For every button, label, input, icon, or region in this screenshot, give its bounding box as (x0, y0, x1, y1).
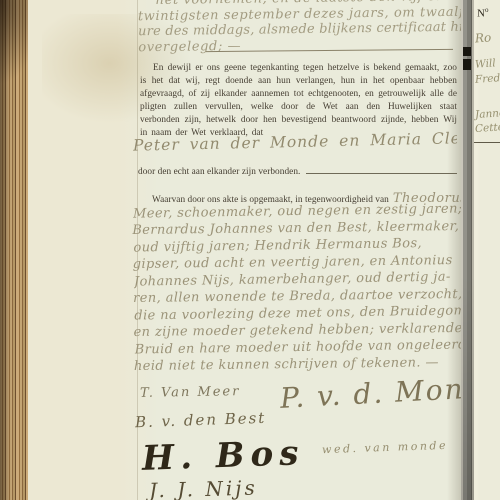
binding-gutter (461, 0, 474, 500)
binding-mark (463, 59, 471, 70)
signature-van-meer: T. Van Meer (140, 384, 241, 401)
handwriting-fragment: Cettel (475, 121, 500, 135)
handwritten-date-block: het voornemen, en de laatste den vijf en… (138, 0, 461, 55)
horizontal-rule (474, 142, 500, 143)
signature-nijs: J. J. Nijs (149, 476, 258, 500)
marriage-record-scan: het voornemen, en de laatste den vijf en… (0, 0, 500, 500)
handwriting-fragment: Janne (475, 107, 500, 121)
handwriting-fragment: Fred (475, 72, 500, 86)
numero-label: No (477, 6, 488, 20)
handwriting-fragment: Ro (475, 30, 492, 45)
handwriting-fragment: Will (475, 57, 496, 70)
facing-page-sliver: No Ro Will Fred Janne Cettel (474, 0, 500, 500)
numero-sup: o (485, 6, 489, 14)
handwritten-witness-block: Meer, schoenmaker, oud negen en zestig j… (132, 201, 461, 375)
numero-n: N (477, 8, 485, 20)
signature-van-der-monde: P. v. d. Monde (279, 370, 461, 415)
bond-statement: door den echt aan elkander zijn verbonde… (138, 167, 300, 177)
bond-statement-row: door den echt aan elkander zijn verbonde… (138, 167, 457, 177)
signature-van-den-best: B. v. den Best (135, 409, 267, 432)
signature-bos: H. Bos (141, 433, 305, 479)
printed-consent-paragraph: En dewijl er ons geene tegenkanting tege… (140, 62, 457, 141)
horizontal-rule (306, 173, 457, 174)
left-page: het voornemen, en de laatste den vijf en… (28, 0, 461, 500)
binding-mark (463, 47, 471, 56)
signature-widow-monde: wed. van monde (322, 439, 448, 456)
book-fore-edge (0, 0, 28, 500)
